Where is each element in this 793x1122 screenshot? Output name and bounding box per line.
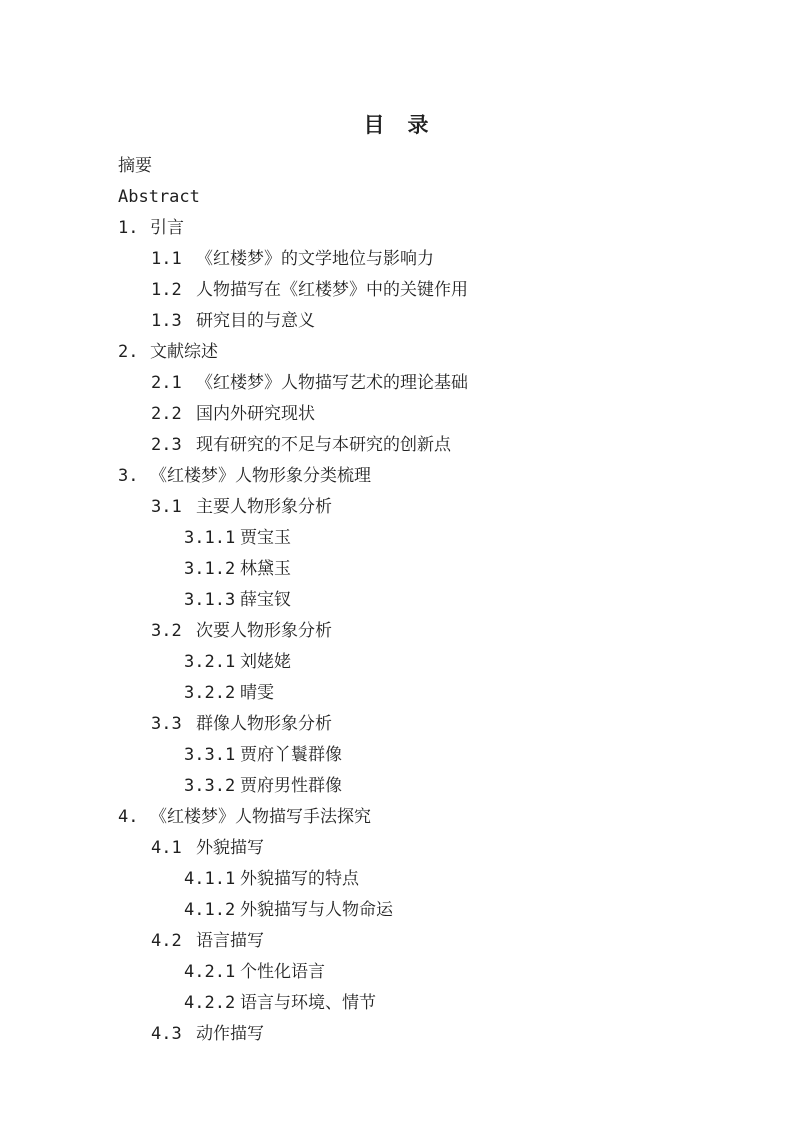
toc-entry-number: 3.2 bbox=[151, 616, 196, 647]
toc-entry-number: 4.1.1 bbox=[184, 864, 240, 895]
toc-entry: 1.引言 bbox=[0, 213, 793, 244]
toc-entry: 4.1外貌描写 bbox=[0, 833, 793, 864]
toc-entry-label: 摘要 bbox=[118, 156, 152, 176]
toc-entry-number: 4.2 bbox=[151, 926, 196, 957]
toc-entry: 2.2国内外研究现状 bbox=[0, 399, 793, 430]
toc-entry: 1.2人物描写在《红楼梦》中的关键作用 bbox=[0, 275, 793, 306]
toc-entry-number: 3.1.2 bbox=[184, 554, 240, 585]
toc-entry-label: 林黛玉 bbox=[240, 559, 291, 579]
toc-entry-number: 1.3 bbox=[151, 306, 196, 337]
toc-entry: 2.3现有研究的不足与本研究的创新点 bbox=[0, 430, 793, 461]
toc-entry-label: 贾宝玉 bbox=[240, 528, 291, 548]
toc-entry-label: 国内外研究现状 bbox=[196, 404, 315, 424]
toc-entry-label: 个性化语言 bbox=[240, 962, 325, 982]
toc-entry-label: 外貌描写与人物命运 bbox=[240, 900, 393, 920]
toc-entry: 4.2.2语言与环境、情节 bbox=[0, 988, 793, 1019]
toc-entry: Abstract bbox=[0, 182, 793, 213]
toc-entry-label: 语言与环境、情节 bbox=[240, 993, 376, 1013]
toc-entry-number: 3. bbox=[118, 461, 150, 492]
toc-entry-label: 《红楼梦》人物描写手法探究 bbox=[150, 807, 371, 827]
toc-entry: 3.3.1贾府丫鬟群像 bbox=[0, 740, 793, 771]
toc-entry-label: 主要人物形象分析 bbox=[196, 497, 332, 517]
toc-entry-number: 1.1 bbox=[151, 244, 196, 275]
toc-entry-number: 4.3 bbox=[151, 1019, 196, 1050]
toc-entry-number: 1.2 bbox=[151, 275, 196, 306]
toc-entry-number: 4.2.1 bbox=[184, 957, 240, 988]
toc-entry-number: 3.1.1 bbox=[184, 523, 240, 554]
toc-title: 目 录 bbox=[0, 14, 793, 137]
toc-entry-number: 2.1 bbox=[151, 368, 196, 399]
toc-entry-number: 1. bbox=[118, 213, 150, 244]
toc-entry-label: 外貌描写的特点 bbox=[240, 869, 359, 889]
toc-entry-label: 现有研究的不足与本研究的创新点 bbox=[196, 435, 451, 455]
toc-entry-number: 3.2.2 bbox=[184, 678, 240, 709]
toc-entry-label: 贾府丫鬟群像 bbox=[240, 745, 342, 765]
toc-entry-label: 人物描写在《红楼梦》中的关键作用 bbox=[196, 280, 468, 300]
toc-entry-label: 研究目的与意义 bbox=[196, 311, 315, 331]
toc-entry-label: 晴雯 bbox=[240, 683, 274, 703]
toc-entry-label: Abstract bbox=[118, 187, 200, 207]
toc-entry-number: 4.1 bbox=[151, 833, 196, 864]
toc-entry: 4.3动作描写 bbox=[0, 1019, 793, 1050]
toc-entry: 3.2.2晴雯 bbox=[0, 678, 793, 709]
toc-entry-label: 外貌描写 bbox=[196, 838, 264, 858]
toc-entry: 3.1.3薛宝钗 bbox=[0, 585, 793, 616]
toc-entry-label: 语言描写 bbox=[196, 931, 264, 951]
toc-entry-number: 4.2.2 bbox=[184, 988, 240, 1019]
toc-entry: 4.2语言描写 bbox=[0, 926, 793, 957]
toc-entry-label: 动作描写 bbox=[196, 1024, 264, 1044]
toc-entry: 1.3研究目的与意义 bbox=[0, 306, 793, 337]
toc-entry: 3.3群像人物形象分析 bbox=[0, 709, 793, 740]
toc-entry-number: 3.3.2 bbox=[184, 771, 240, 802]
toc-entry-label: 文献综述 bbox=[150, 342, 218, 362]
toc-entry-number: 4. bbox=[118, 802, 150, 833]
toc-entry: 3.3.2贾府男性群像 bbox=[0, 771, 793, 802]
toc-entry-label: 次要人物形象分析 bbox=[196, 621, 332, 641]
toc-entry: 3.1.1贾宝玉 bbox=[0, 523, 793, 554]
toc-entry-number: 3.2.1 bbox=[184, 647, 240, 678]
toc-entry-label: 薛宝钗 bbox=[240, 590, 291, 610]
toc-entry: 2.1《红楼梦》人物描写艺术的理论基础 bbox=[0, 368, 793, 399]
toc-entry-number: 3.3 bbox=[151, 709, 196, 740]
toc-entry-label: 引言 bbox=[150, 218, 184, 238]
toc-entry: 3.1主要人物形象分析 bbox=[0, 492, 793, 523]
toc-entry-label: 《红楼梦》人物描写艺术的理论基础 bbox=[196, 373, 468, 393]
toc-entry: 3.1.2林黛玉 bbox=[0, 554, 793, 585]
toc-entry: 4.1.1外貌描写的特点 bbox=[0, 864, 793, 895]
toc-entry-label: 刘姥姥 bbox=[240, 652, 291, 672]
toc-entry: 3.2.1刘姥姥 bbox=[0, 647, 793, 678]
toc-entry: 4.1.2外貌描写与人物命运 bbox=[0, 895, 793, 926]
document-page: 目 录 摘要 Abstract 1.引言 1.1《红楼梦》的文学地位与影响力 1… bbox=[0, 0, 793, 1122]
toc-entry: 3.2次要人物形象分析 bbox=[0, 616, 793, 647]
toc-entry-number: 3.1.3 bbox=[184, 585, 240, 616]
toc-entry: 2.文献综述 bbox=[0, 337, 793, 368]
toc-entry-label: 《红楼梦》的文学地位与影响力 bbox=[196, 249, 434, 269]
toc-entry-label: 群像人物形象分析 bbox=[196, 714, 332, 734]
toc-entry: 3.《红楼梦》人物形象分类梳理 bbox=[0, 461, 793, 492]
toc-entry-number: 2.2 bbox=[151, 399, 196, 430]
toc-entry-label: 《红楼梦》人物形象分类梳理 bbox=[150, 466, 371, 486]
toc-entry: 摘要 bbox=[0, 151, 793, 182]
toc-entry-number: 2.3 bbox=[151, 430, 196, 461]
toc-entry: 4.2.1个性化语言 bbox=[0, 957, 793, 988]
toc-entry: 4.《红楼梦》人物描写手法探究 bbox=[0, 802, 793, 833]
toc-entry-number: 3.3.1 bbox=[184, 740, 240, 771]
toc-entry: 1.1《红楼梦》的文学地位与影响力 bbox=[0, 244, 793, 275]
toc-entry-number: 4.1.2 bbox=[184, 895, 240, 926]
toc-entry-label: 贾府男性群像 bbox=[240, 776, 342, 796]
toc-list: 摘要 Abstract 1.引言 1.1《红楼梦》的文学地位与影响力 1.2人物… bbox=[0, 151, 793, 1050]
toc-entry-number: 3.1 bbox=[151, 492, 196, 523]
toc-entry-number: 2. bbox=[118, 337, 150, 368]
